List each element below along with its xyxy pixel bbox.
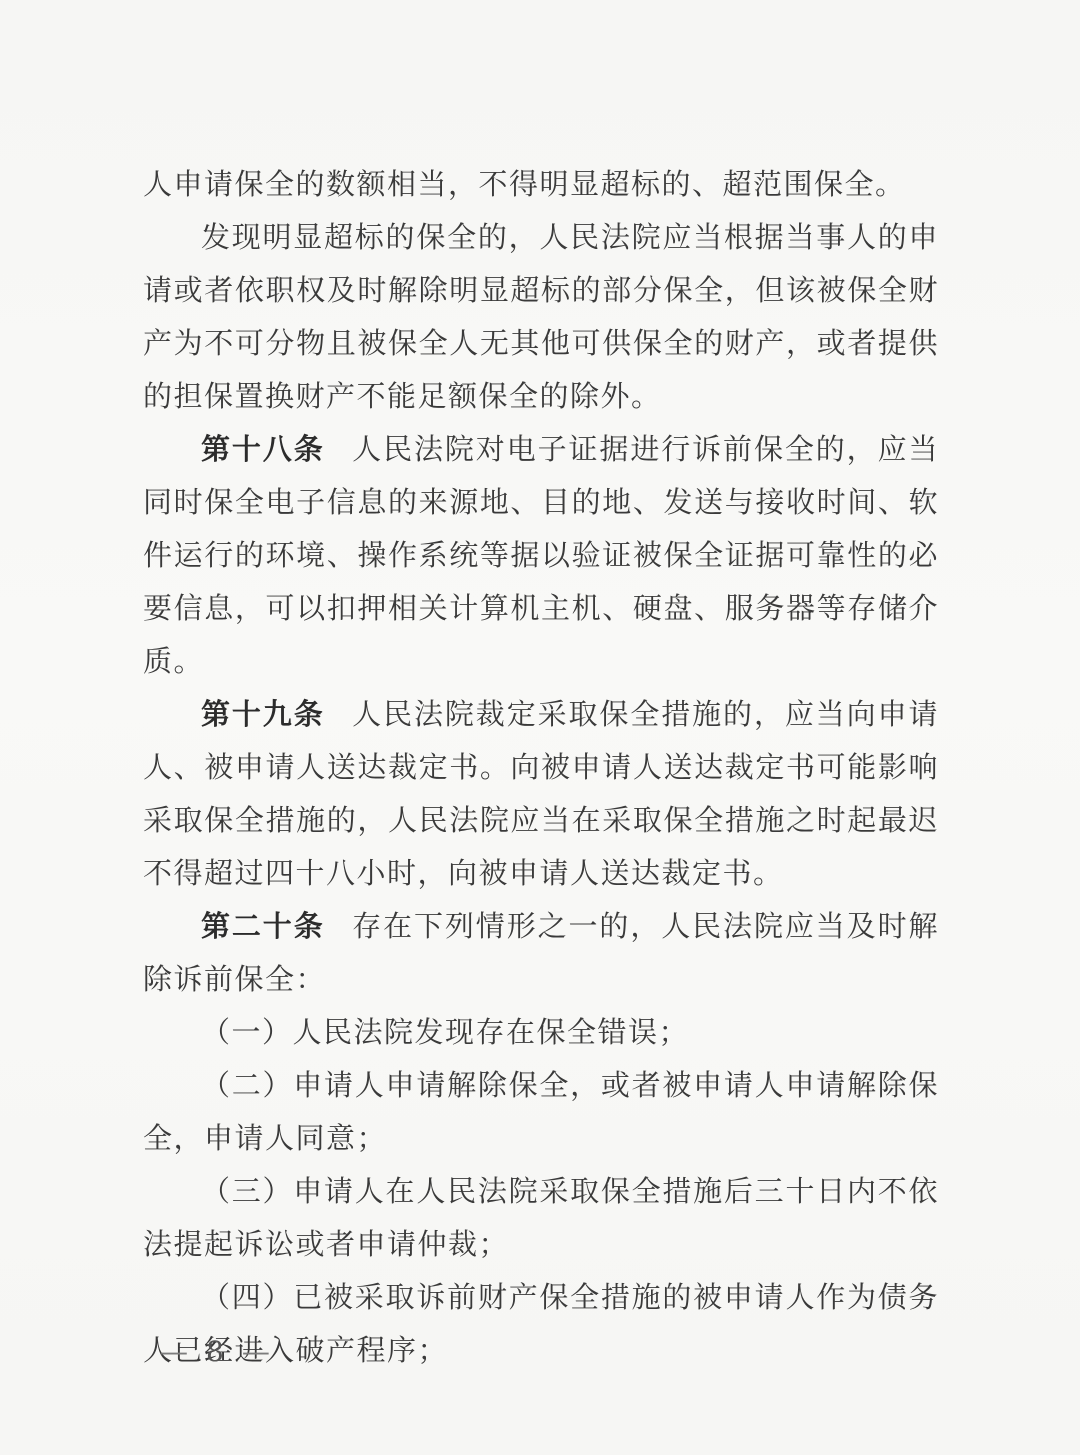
article-number: 第十八条 (201, 432, 325, 466)
article-text: 人民法院对电子证据进行诉前保全的，应当同时保全电子信息的来源地、目的地、发送与接… (143, 432, 939, 678)
paragraph-body: 发现明显超标的保全的，人民法院应当根据当事人的申请或者依职权及时解除明显超标的部… (143, 211, 939, 423)
article-number: 第十九条 (201, 697, 325, 731)
page-footer: —8— (160, 1330, 270, 1374)
article-number: 第二十条 (201, 909, 325, 943)
list-item-3: （三）申请人在人民法院采取保全措施后三十日内不依法提起诉讼或者申请仲裁； (143, 1165, 939, 1271)
paragraph-article-19: 第十九条人民法院裁定采取保全措施的，应当向申请人、被申请人送达裁定书。向被申请人… (143, 688, 939, 900)
paragraph-text: 人申请保全的数额相当，不得明显超标的、超范围保全。 (143, 167, 906, 201)
paragraph-article-18: 第十八条人民法院对电子证据进行诉前保全的，应当同时保全电子信息的来源地、目的地、… (143, 423, 939, 688)
paragraph-text: 发现明显超标的保全的，人民法院应当根据当事人的申请或者依职权及时解除明显超标的部… (143, 220, 939, 413)
paragraph-continuation: 人申请保全的数额相当，不得明显超标的、超范围保全。 (143, 158, 939, 211)
footer-left-dash: — (160, 1335, 188, 1368)
list-item-text: （二）申请人申请解除保全，或者被申请人申请解除保全，申请人同意； (143, 1068, 939, 1155)
list-item-text: （一）人民法院发现存在保全错误； (201, 1015, 689, 1049)
document-text-block: 人申请保全的数额相当，不得明显超标的、超范围保全。 发现明显超标的保全的，人民法… (143, 158, 939, 1377)
list-item-1: （一）人民法院发现存在保全错误； (143, 1006, 939, 1059)
paragraph-article-20: 第二十条存在下列情形之一的，人民法院应当及时解除诉前保全： (143, 900, 939, 1006)
list-item-text: （三）申请人在人民法院采取保全措施后三十日内不依法提起诉讼或者申请仲裁； (143, 1174, 939, 1261)
scanned-document-page: 人申请保全的数额相当，不得明显超标的、超范围保全。 发现明显超标的保全的，人民法… (0, 0, 1080, 1455)
page-number: 8 (206, 1330, 224, 1374)
footer-right-dash: — (242, 1335, 270, 1368)
list-item-2: （二）申请人申请解除保全，或者被申请人申请解除保全，申请人同意； (143, 1059, 939, 1165)
